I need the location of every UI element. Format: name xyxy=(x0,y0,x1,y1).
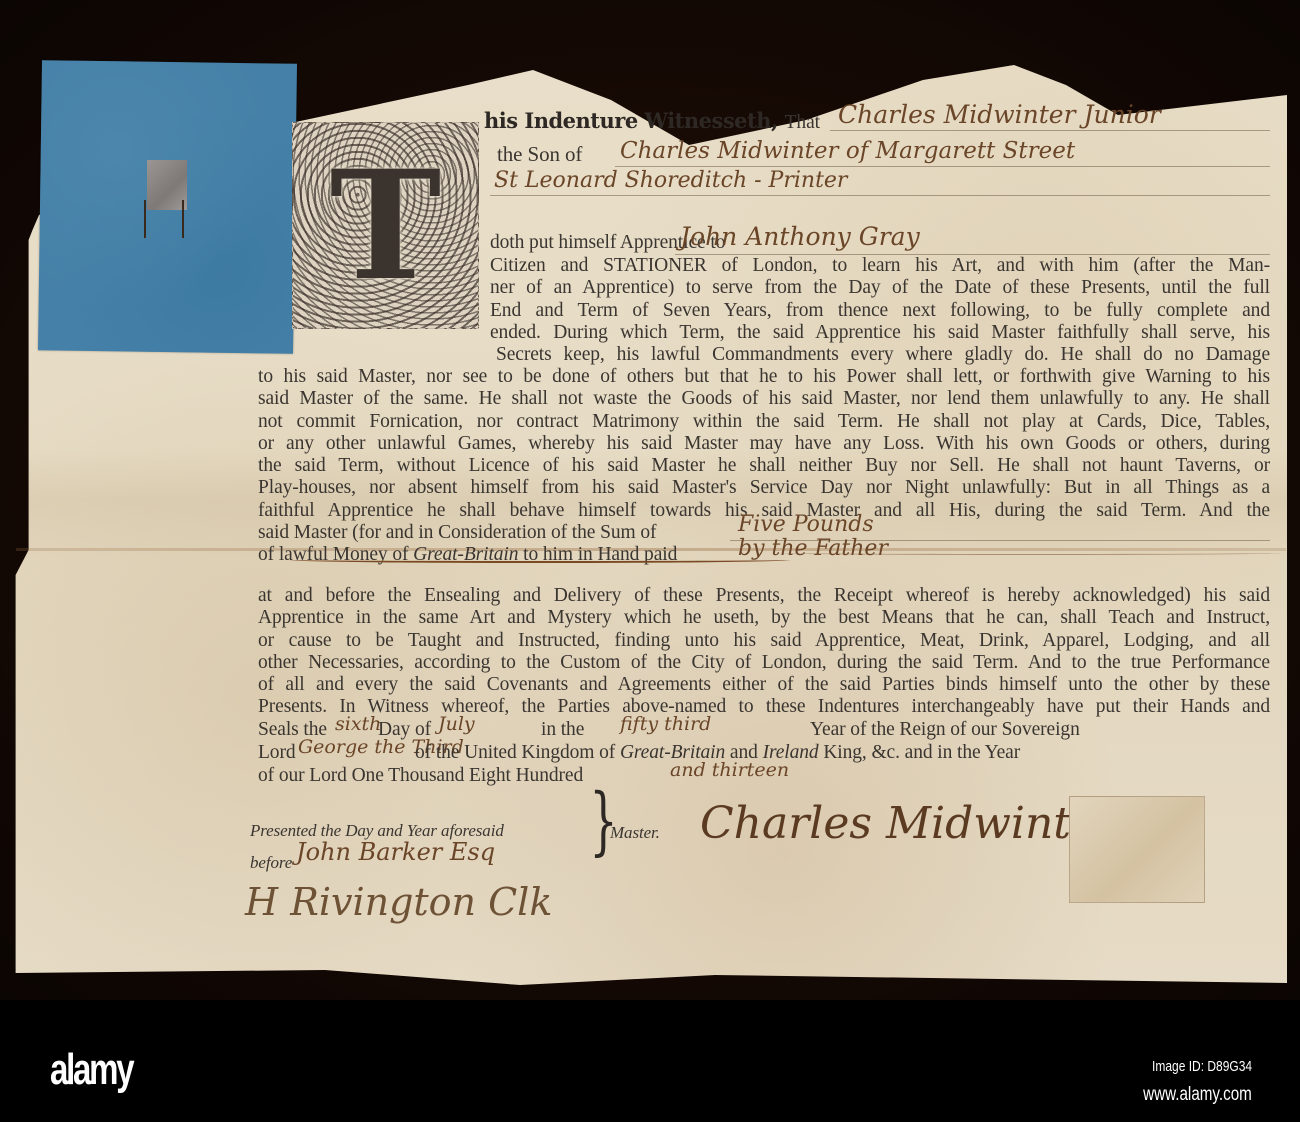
silver-duty-stamp-icon xyxy=(147,160,187,210)
header-title: his Indenture Witnesseth, That xyxy=(484,108,820,134)
before-label: before xyxy=(250,852,292,874)
covenant-text-block-3: to his said Master, nor see to be done o… xyxy=(258,366,1270,522)
year-handwritten: and thirteen xyxy=(670,759,789,781)
handwritten-flourish-line xyxy=(780,551,1280,555)
covenant-text-block-1: Citizen and STATIONER of London, to lear… xyxy=(490,255,1270,344)
witness-signature: John Barker Esq xyxy=(296,838,495,866)
master-signature: Charles Midwinter xyxy=(700,798,1118,849)
fill-line xyxy=(615,166,1270,167)
consideration-label: said Master (for and in Consideration of… xyxy=(258,522,656,544)
covenant-text-block-4: at and before the Ensealing and Delivery… xyxy=(258,585,1270,719)
stamp-tag-left xyxy=(144,200,146,238)
year-label: of our Lord One Thousand Eight Hundred xyxy=(258,765,583,787)
son-of-label: the Son of xyxy=(497,143,582,165)
in-the-label: in the xyxy=(541,719,584,741)
image-id-label: Image ID: D89G34 xyxy=(1152,1058,1252,1075)
father-handwritten-line1: Charles Midwinter of Margarett Street xyxy=(620,138,1075,164)
lord-label: Lord xyxy=(258,742,296,764)
reign-year-handwritten: fifty third xyxy=(620,713,711,735)
stamp-tag-right xyxy=(182,200,184,238)
fill-line xyxy=(830,130,1270,131)
watermark-footer xyxy=(0,1000,1300,1122)
alamy-logo: alamy xyxy=(50,1045,132,1095)
reign-label: Year of the Reign of our Sovereign xyxy=(810,719,1080,741)
handwritten-flourish-line xyxy=(290,557,790,563)
money-label: of lawful Money of Great-Britain to him … xyxy=(258,544,677,566)
paid-by-handwritten: by the Father xyxy=(738,536,888,561)
site-url-label: www.alamy.com xyxy=(1143,1084,1252,1106)
master-name-handwritten: John Anthony Gray xyxy=(680,222,920,251)
father-handwritten-line2: St Leonard Shoreditch - Printer xyxy=(494,168,847,193)
clerk-signature: H Rivington Clk xyxy=(245,880,552,924)
wax-seal-paper-wafer xyxy=(1069,796,1205,903)
brace-glyph: } xyxy=(589,778,617,864)
month-handwritten: July xyxy=(438,713,475,735)
apprentice-name-handwritten: Charles Midwinter Junior xyxy=(838,100,1161,129)
ornate-initial-letter-icon: T xyxy=(292,122,479,329)
master-label: Master. xyxy=(610,822,660,844)
day-handwritten: sixth xyxy=(335,713,381,735)
sum-handwritten: Five Pounds xyxy=(738,512,874,537)
covenant-text-block-2: Secrets keep, his lawful Commandments ev… xyxy=(496,344,1270,366)
fill-line xyxy=(490,195,1270,196)
